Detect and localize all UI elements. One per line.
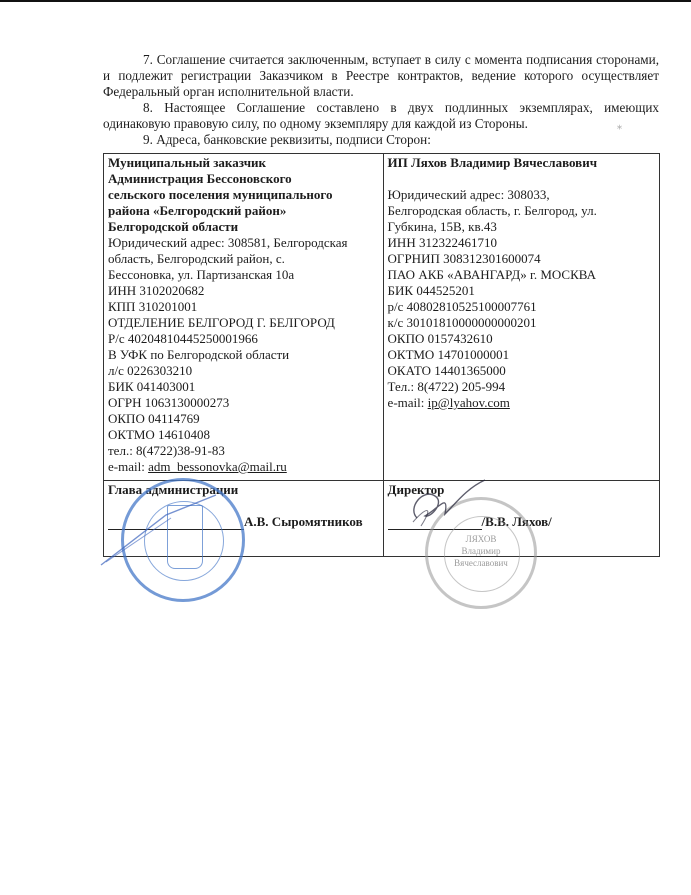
contractor-signature-cell: Директор /В.В. Ляхов/: [383, 481, 659, 557]
contractor-signatory-name: /В.В. Ляхов/: [482, 514, 552, 529]
contractor-title: ИП Ляхов Владимир Вячеславович: [388, 155, 656, 171]
customer-ogrn: ОГРН 1063130000273: [108, 395, 380, 411]
customer-sign-title: Глава администрации: [108, 482, 380, 498]
contractor-requisites: ИП Ляхов Владимир Вячеславович Юридическ…: [383, 154, 659, 481]
customer-title-line: Администрация Бессоновского: [108, 171, 380, 187]
customer-requisites: Муниципальный заказчик Администрация Бес…: [104, 154, 384, 481]
contractor-detail-line: Белгородская область, г. Белгород, ул.: [388, 203, 656, 219]
contractor-corr-account: к/с 30101810000000000201: [388, 315, 656, 331]
contractor-inn: ИНН 312322461710: [388, 235, 656, 251]
customer-personal-account: л/с 0226303210: [108, 363, 380, 379]
customer-email-line: e-mail: adm_bessonovka@mail.ru: [108, 459, 380, 475]
requisites-row: Муниципальный заказчик Администрация Бес…: [104, 154, 660, 481]
clause-7: 7. Соглашение считается заключенным, вст…: [103, 52, 659, 100]
agreement-clauses: 7. Соглашение считается заключенным, вст…: [103, 52, 659, 148]
signature-line: [108, 515, 244, 530]
customer-title-line: Белгородской области: [108, 219, 380, 235]
scan-speck: ·: [588, 103, 591, 114]
clause-8: 8. Настоящее Соглашение составлено в дву…: [103, 100, 659, 132]
contractor-oktmo: ОКТМО 14701000001: [388, 347, 656, 363]
customer-detail-line: Бессоновка, ул. Партизанская 10а: [108, 267, 380, 283]
contractor-email-link[interactable]: ip@lyahov.com: [428, 395, 510, 410]
contractor-ogrnip: ОГРНИП 308312301600074: [388, 251, 656, 267]
customer-title-line: Муниципальный заказчик: [108, 155, 380, 171]
clause-9: 9. Адреса, банковские реквизиты, подписи…: [103, 132, 659, 148]
customer-oktmo: ОКТМО 14610408: [108, 427, 380, 443]
customer-detail-line: Юридический адрес: 308581, Белгородская: [108, 235, 380, 251]
customer-bank: ОТДЕЛЕНИЕ БЕЛГОРОД Г. БЕЛГОРОД: [108, 315, 380, 331]
contractor-account: р/с 40802810525100007761: [388, 299, 656, 315]
contractor-detail-line: Юридический адрес: 308033,: [388, 187, 656, 203]
customer-phone: тел.: 8(4722)38-91-83: [108, 443, 380, 459]
seal-text: Вячеславович: [428, 558, 534, 569]
customer-kpp: КПП 310201001: [108, 299, 380, 315]
customer-account: Р/с 40204810445250001966: [108, 331, 380, 347]
contractor-phone: Тел.: 8(4722) 205-994: [388, 379, 656, 395]
customer-okpo: ОКПО 04114769: [108, 411, 380, 427]
contractor-bik: БИК 044525201: [388, 283, 656, 299]
customer-treasury: В УФК по Белгородской области: [108, 347, 380, 363]
email-label: e-mail:: [108, 459, 148, 474]
scan-speck: ⁎: [617, 121, 622, 132]
scan-top-edge: [0, 0, 691, 2]
contractor-okato: ОКАТО 14401365000: [388, 363, 656, 379]
contractor-email-line: e-mail: ip@lyahov.com: [388, 395, 656, 411]
customer-email-link[interactable]: adm_bessonovka@mail.ru: [148, 459, 287, 474]
contractor-bank: ПАО АКБ «АВАНГАРД» г. МОСКВА: [388, 267, 656, 283]
signature-line: [388, 515, 482, 530]
customer-inn: ИНН 3102020682: [108, 283, 380, 299]
customer-signatory-name: А.В. Сыромятников: [244, 514, 363, 529]
contractor-detail-line: Губкина, 15В, кв.43: [388, 219, 656, 235]
email-label: e-mail:: [388, 395, 428, 410]
customer-bik: БИК 041403001: [108, 379, 380, 395]
customer-signature-cell: Глава администрации А.В. Сыромятников: [104, 481, 384, 557]
requisites-table: Муниципальный заказчик Администрация Бес…: [103, 153, 660, 557]
contractor-sign-title: Директор: [388, 482, 656, 498]
customer-detail-line: область, Белгородский район, с.: [108, 251, 380, 267]
customer-title-line: района «Белгородский район»: [108, 203, 380, 219]
signature-row: Глава администрации А.В. Сыромятников Ди…: [104, 481, 660, 557]
contractor-okpo: ОКПО 0157432610: [388, 331, 656, 347]
customer-title-line: сельского поселения муниципального: [108, 187, 380, 203]
